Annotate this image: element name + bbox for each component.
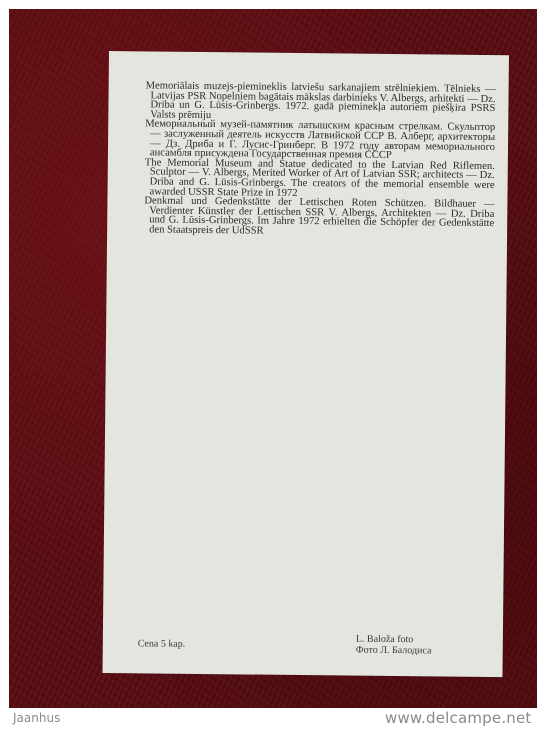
caption-german: Denkmal und Gedenkstätte der Lettischen … <box>144 197 494 239</box>
postcard-photo: Memoriālais muzejs-piemineklis latviešu … <box>9 9 537 708</box>
photo-credit: L. Baloža foto Фото Л. Балодиса <box>356 634 432 657</box>
credit-latvian: L. Baloža foto <box>356 634 432 646</box>
price-label: Cena 5 kap. <box>138 638 186 649</box>
postcard-back: Memoriālais muzejs-piemineklis latviešu … <box>102 51 508 677</box>
caption-russian: Мемориальный музей-памятник латышским кр… <box>145 120 495 162</box>
seller-watermark: Jaanhus <box>13 711 60 725</box>
caption-text: Memoriālais muzejs-piemineklis latviešu … <box>144 81 496 238</box>
caption-latvian: Memoriālais muzejs-piemineklis latviešu … <box>145 81 495 123</box>
credit-russian: Фото Л. Балодиса <box>356 645 432 657</box>
caption-english: The Memorial Museum and Statue dedicated… <box>144 158 494 200</box>
site-watermark: www.delcampe.net <box>385 709 532 727</box>
